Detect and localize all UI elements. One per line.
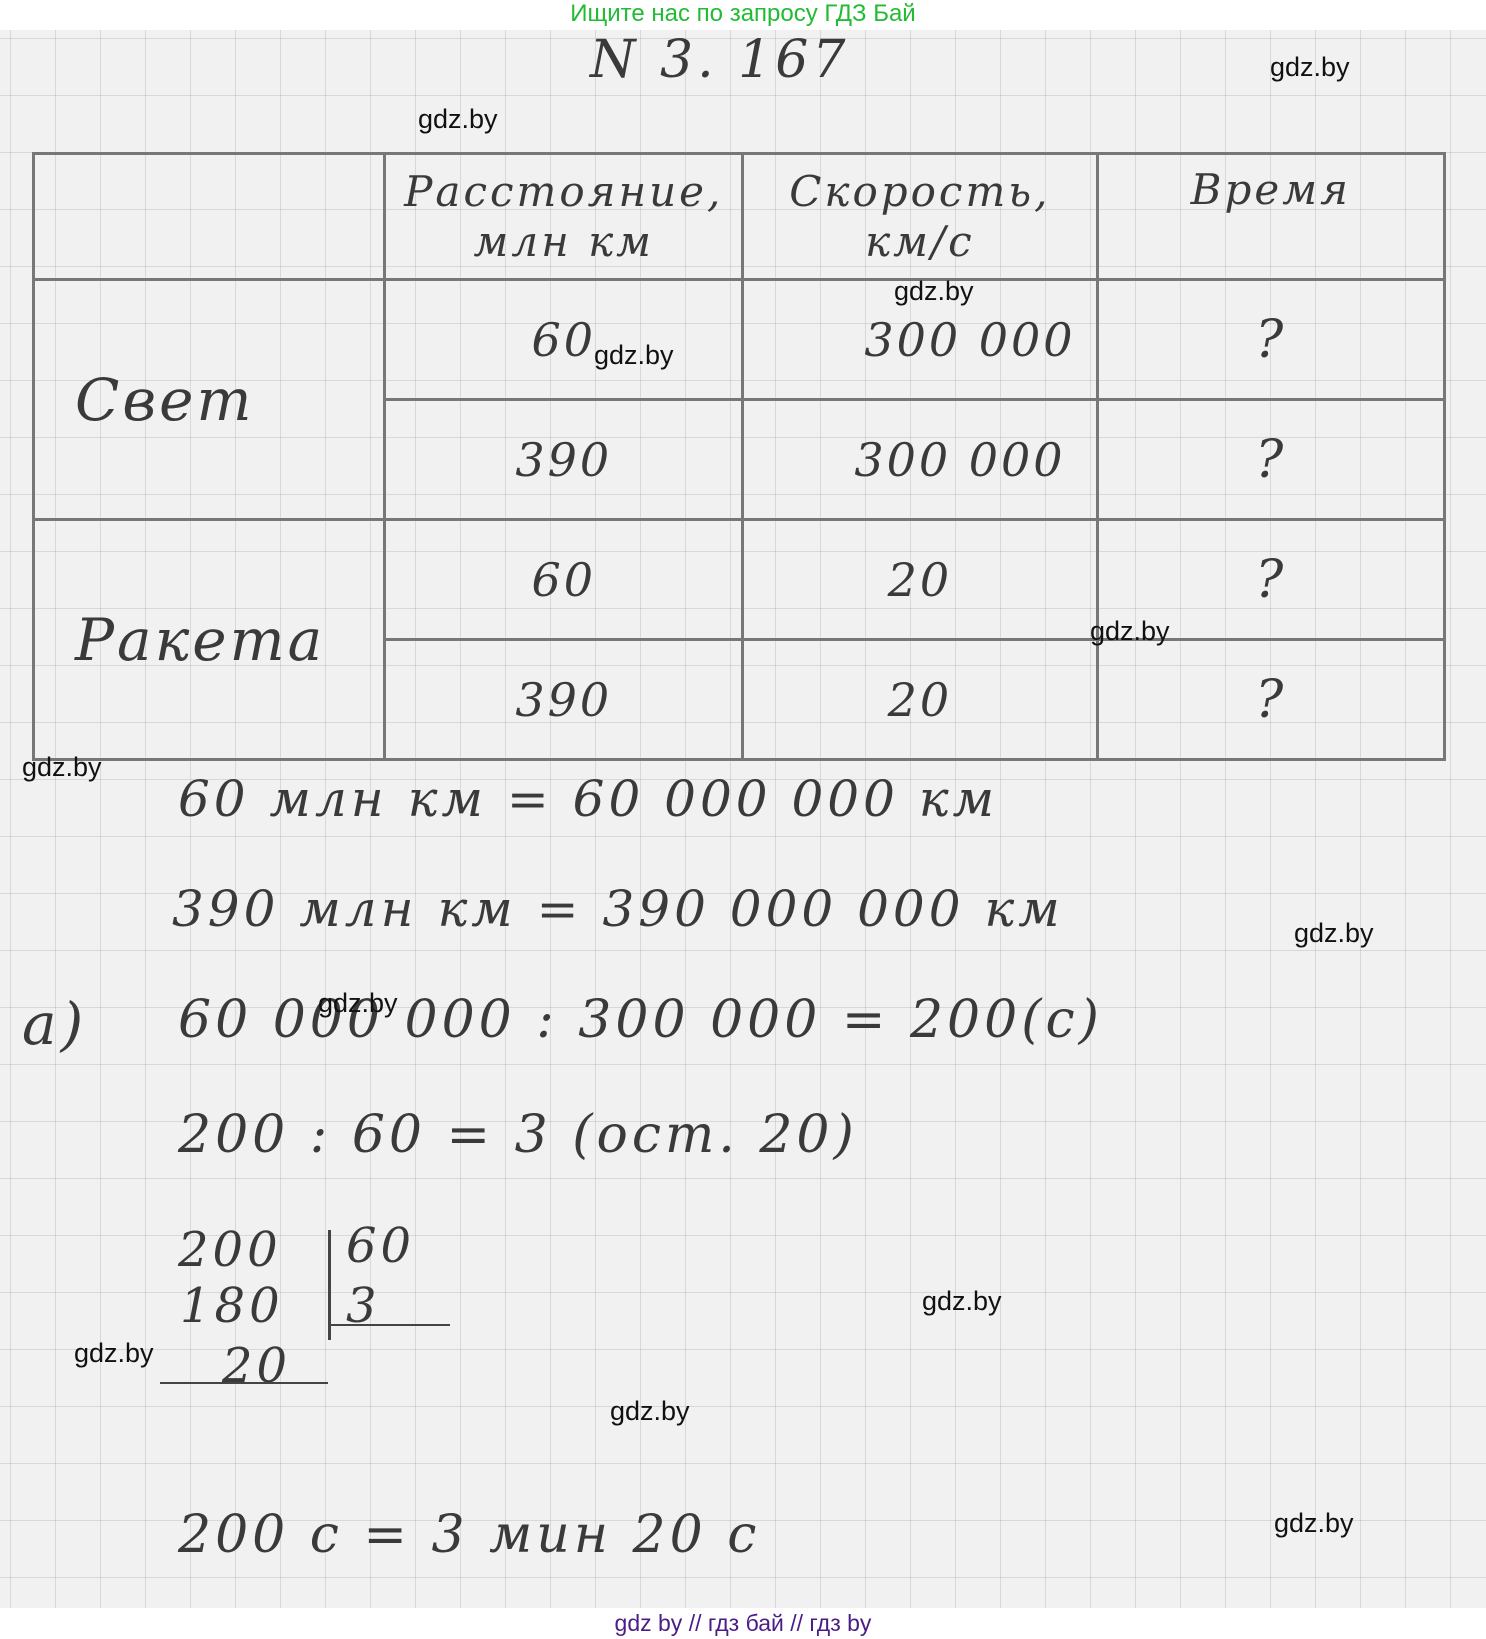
top-banner: Ищите нас по запросу ГДЗ Бай: [0, 0, 1486, 30]
final-answer: 200 с = 3 мин 20 с: [178, 1505, 760, 1565]
watermark: gdz.by: [418, 104, 498, 135]
watermark: gdz.by: [22, 752, 102, 783]
watermark: gdz.by: [1294, 918, 1374, 949]
cell-distance: 390: [385, 400, 743, 520]
division-divisor: 60: [346, 1218, 415, 1274]
cell-time: ?: [1097, 280, 1444, 400]
row-label-rocket: Ракета: [34, 520, 385, 760]
cell-distance: 60: [385, 520, 743, 640]
watermark: gdz.by: [318, 988, 398, 1019]
watermark: gdz.by: [74, 1338, 154, 1369]
watermark: gdz.by: [610, 1396, 690, 1427]
data-table: Расстояние, млн км Скорость, км/с Время …: [32, 152, 1446, 761]
table-row: Ракета 60 20 ?: [34, 520, 1445, 640]
watermark: gdz.by: [1090, 616, 1170, 647]
cell-time: ?: [1097, 640, 1444, 760]
header-speed: Скорость, км/с: [743, 154, 1097, 280]
cell-speed: 20: [743, 640, 1097, 760]
part-label: а): [22, 990, 87, 1058]
row-label-light: Свет: [34, 280, 385, 520]
header-time-line1: Время: [1100, 165, 1442, 215]
header-distance-line2: млн км: [387, 217, 740, 267]
conversion-line-2: 390 млн км = 390 000 000 км: [172, 880, 1064, 938]
bottom-banner: gdz by // гдз бай // гдз by: [0, 1608, 1486, 1639]
problem-number: N 3. 167: [590, 30, 849, 90]
conversion-line-1: 60 млн км = 60 000 000 км: [178, 770, 998, 828]
division-subtrahend: 180: [180, 1278, 284, 1334]
division-divisor-bar: [330, 1324, 450, 1326]
solution-step-1: 60 000 000 : 300 000 = 200(с): [178, 990, 1103, 1050]
division-remainder: 20: [222, 1338, 291, 1394]
header-time: Время: [1097, 154, 1444, 280]
cell-speed: 300 000: [743, 400, 1097, 520]
watermark: gdz.by: [922, 1286, 1002, 1317]
cell-time: ?: [1097, 400, 1444, 520]
watermark: gdz.by: [894, 276, 974, 307]
table-row: Свет 60 300 000 ?: [34, 280, 1445, 400]
cell-speed: 20: [743, 520, 1097, 640]
watermark: gdz.by: [1274, 1508, 1354, 1539]
division-subtract-bar: [160, 1382, 328, 1384]
header-speed-line2: км/с: [745, 217, 1094, 267]
division-dividend: 200: [178, 1222, 282, 1278]
watermark: gdz.by: [1270, 52, 1350, 83]
header-distance-line1: Расстояние,: [387, 167, 740, 217]
header-speed-line1: Скорость,: [745, 167, 1094, 217]
watermark: gdz.by: [594, 340, 674, 371]
table-header-row: Расстояние, млн км Скорость, км/с Время: [34, 154, 1445, 280]
solution-step-2: 200 : 60 = 3 (ост. 20): [178, 1105, 858, 1165]
cell-distance: 390: [385, 640, 743, 760]
cell-distance: 60: [385, 280, 743, 400]
header-empty: [34, 154, 385, 280]
header-distance: Расстояние, млн км: [385, 154, 743, 280]
